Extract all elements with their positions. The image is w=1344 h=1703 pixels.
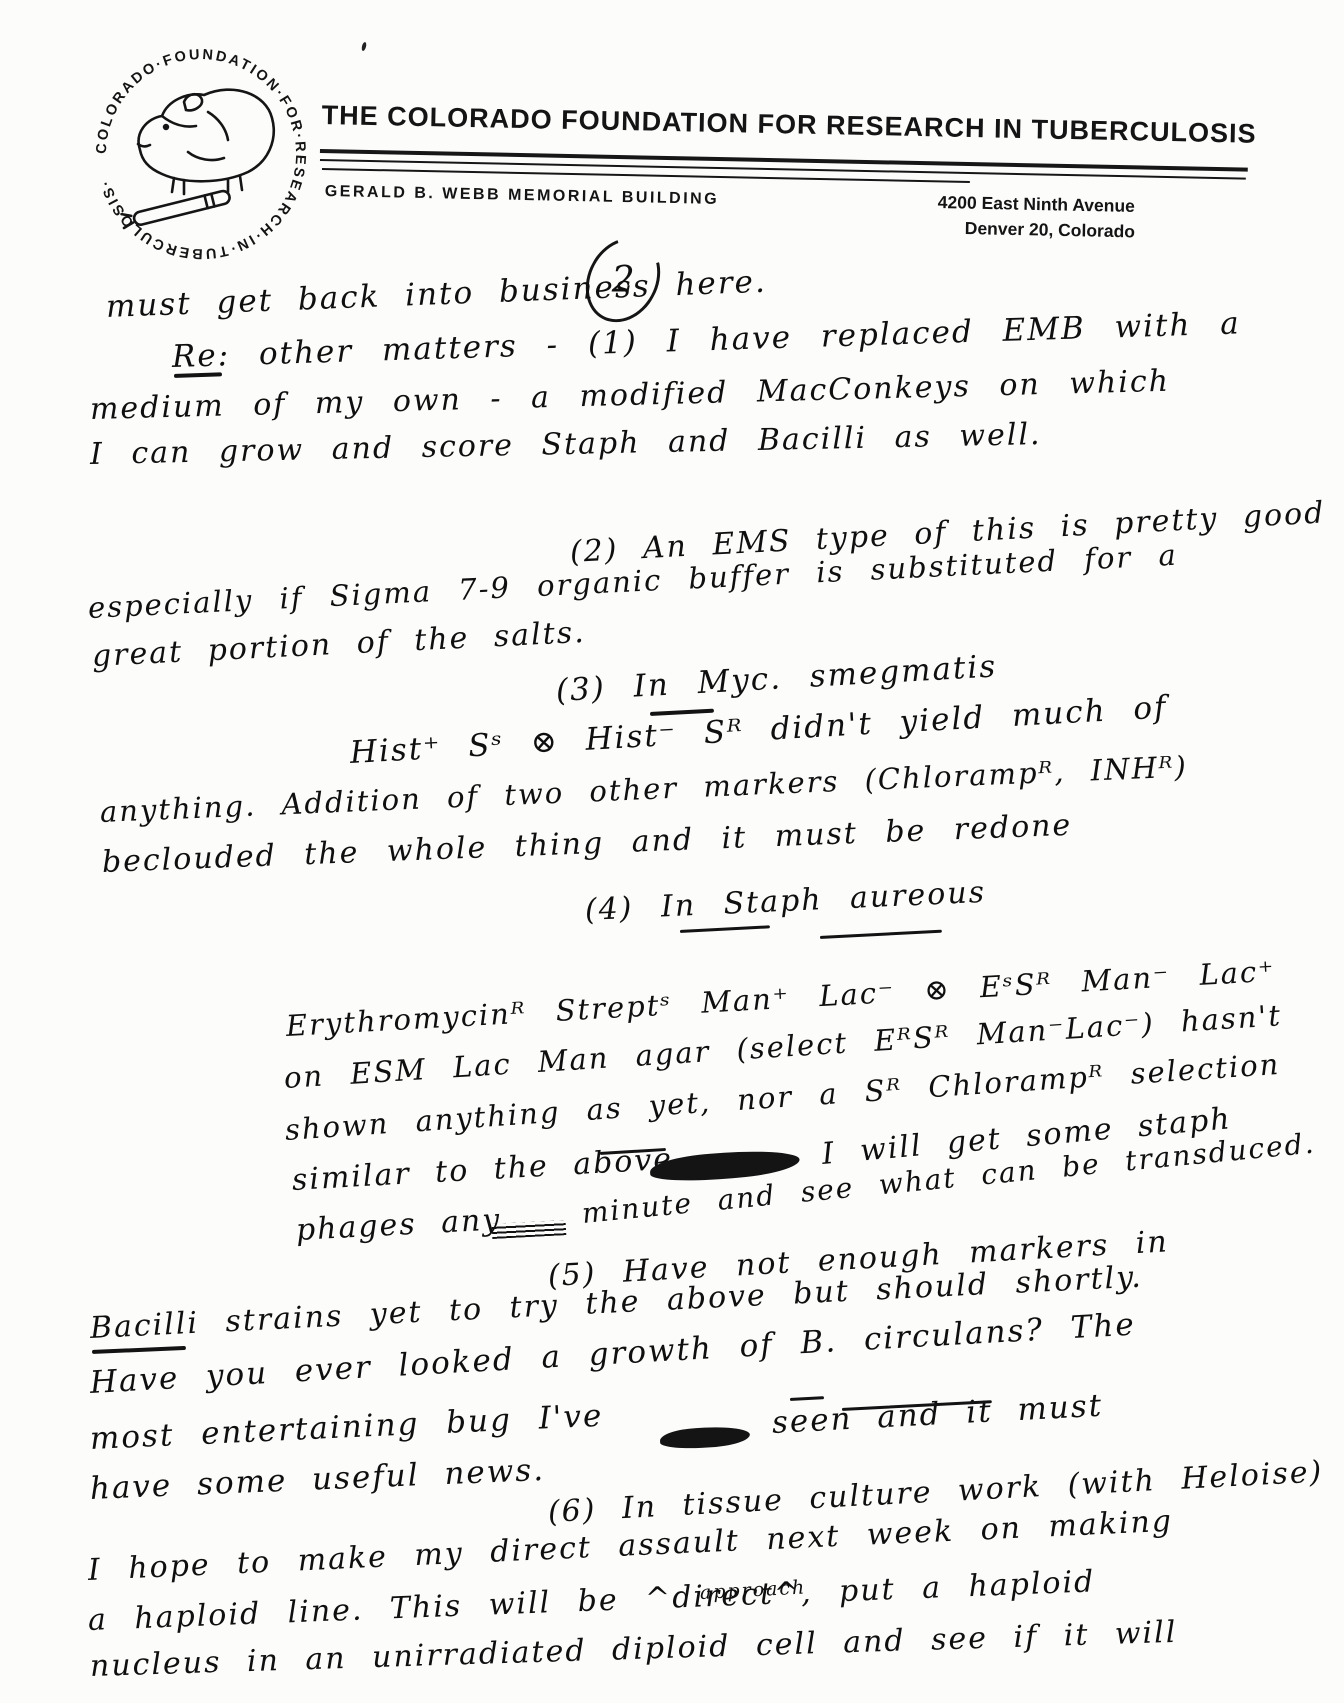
- scribble-strikeout-2: [492, 1220, 567, 1239]
- stray-mark: [361, 42, 367, 52]
- handwritten-line: (3) In Myc. smegmatis: [555, 651, 998, 707]
- letterhead-title: THE COLORADO FOUNDATION FOR RESEARCH IN …: [321, 100, 1256, 150]
- underline-stroke-aureous: [820, 930, 942, 939]
- address-line-2: Denver 20, Colorado: [965, 218, 1136, 242]
- underline-stroke-b: [790, 1396, 824, 1401]
- handwritten-line: Re: other matters - (1) I have replaced …: [172, 308, 1242, 373]
- scanned-letter-page: COLORADO·FOUNDATION·FOR·RESEARCH·IN·TUBE…: [0, 0, 1344, 1703]
- handwritten-line: have some useful news.: [89, 1455, 545, 1505]
- handwritten-line: medium of my own - a modified MacConkeys…: [90, 367, 1171, 425]
- underline-stroke-re: [174, 372, 222, 378]
- handwritten-line: great portion of the salts.: [91, 618, 586, 672]
- foundation-logo: COLORADO·FOUNDATION·FOR·RESEARCH·IN·TUBE…: [88, 32, 320, 274]
- scribble-strikeout-3: [659, 1425, 750, 1450]
- cigarette-icon: [121, 188, 231, 229]
- handwritten-line: must get back into business here.: [105, 267, 767, 323]
- handwritten-line: phages any: [295, 1205, 502, 1246]
- underline-stroke-bacilli: [92, 1346, 186, 1354]
- building-name: GERALD B. WEBB MEMORIAL BUILDING: [325, 183, 720, 209]
- address-line-1: 4200 East Ninth Avenue: [938, 192, 1135, 217]
- guinea-pig-icon: [121, 90, 274, 229]
- handwritten-line: most entertaining bug I've: [89, 1401, 604, 1455]
- handwritten-line: I can grow and score Staph and Bacilli a…: [90, 420, 1042, 470]
- underline-stroke-staph: [680, 925, 770, 933]
- handwritten-line: (4) In Staph aureous: [584, 878, 986, 926]
